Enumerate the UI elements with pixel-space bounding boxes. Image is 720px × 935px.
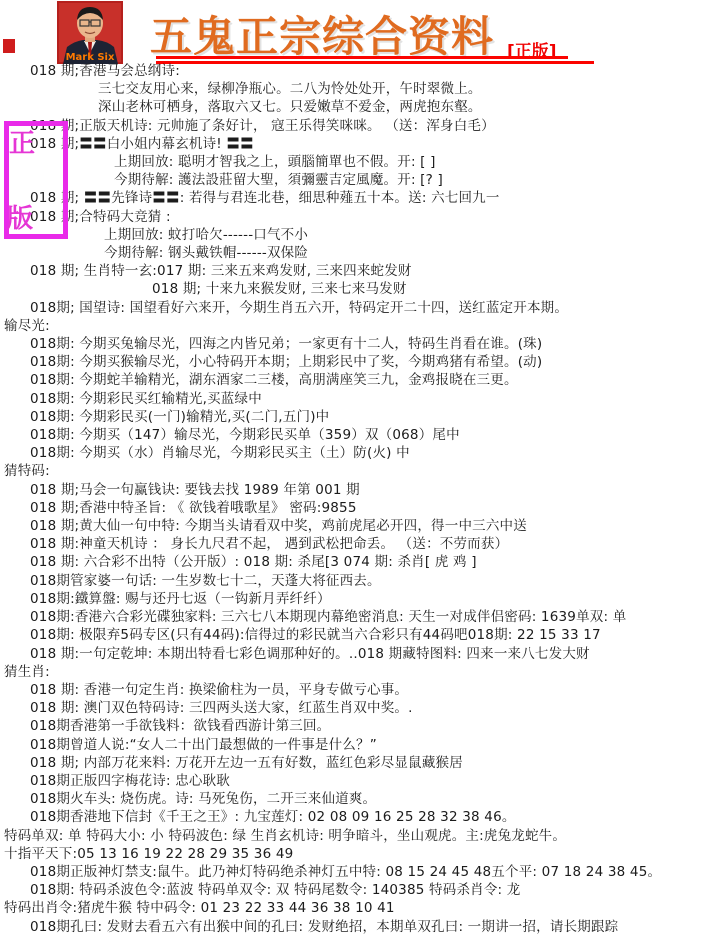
text-line: 018 期;香港中特圣旨: 《 欲钱着哦歌星》 密码:9855 [0, 499, 720, 517]
text-line: 018期管家婆一句话: 一生岁数七十二，天蓬大将征西去。 [0, 572, 720, 590]
text-line: 018 期:神童天机诗 ： 身长九尺君不起， 遇到武松把命丢。 （送：不劳而获） [0, 535, 720, 553]
text-line: 018期: 今期买猴输尽光，小心特码开本期；上期彩民中了奖，今期鸡猪有希望。(动… [0, 353, 720, 371]
tipster-photo-image: Mark Six [57, 1, 123, 64]
text-line: 特码单双: 单 特码大小: 小 特码波色: 绿 生肖玄机诗: 明争暗斗，坐山观虎… [0, 827, 720, 845]
red-corner-mark [3, 39, 15, 53]
text-line: 018 期:一句定乾坤: 本期出特看七彩色调那种好的。..018 期藏特图料: … [0, 645, 720, 663]
text-line: 018期香港第一手欲钱料：欲钱看西游计第三回。 [0, 717, 720, 735]
text-line: 018 期;马会一句赢钱诀: 要钱去找 1989 年第 001 期 [0, 481, 720, 499]
text-line: 018 期: 澳门双色特码诗: 三四两头送大家，红蓝生肖双中奖。. [0, 699, 720, 717]
text-line: 018 期;合特码大竞猜 : [0, 208, 720, 226]
text-line: 018期:香港六合彩光碟独家料: 三六七八本期现内幕绝密消息: 天生一对成伴侣密… [0, 608, 720, 626]
text-line: 018期: 今期买（水）肖输尽光，今期彩民买主（土）防(火) 中 [0, 444, 720, 462]
text-line: 018 期;正版天机诗: 元帅施了条好计， 寇王乐得笑咪咪。 （送：浑身白毛） [0, 117, 720, 135]
text-line: 018期孔曰: 发财去看五六有出猴中间的孔曰: 发财绝招，本期单双孔曰: 一期讲… [0, 918, 720, 935]
text-line: 018 期: 六合彩不出特（公开版）: 018 期: 杀尾[3 074 期: 杀… [0, 553, 720, 571]
title-underline-top [156, 56, 568, 59]
text-line: 018期: 今期彩民买(一门)输精光,买(二门,五门)中 [0, 408, 720, 426]
text-line: 今期待解: 護法設莊留大聖，須彌靈吉定風魔。开: [? ] [0, 171, 720, 189]
text-line: 018 期; 〓〓先锋诗〓〓: 若得与君连北巷，细思种薤五十本。送: 六七回九一 [0, 189, 720, 207]
text-line: 018 期;黄大仙一句中特: 今期当头请看双中奖，鸡前虎尾必开四，得一中三六中送 [0, 517, 720, 535]
text-line: 018期: 特码杀波色令:蓝波 特码单双令: 双 特码尾数令: 140385 特… [0, 881, 720, 899]
text-line: 018 期: 香港一句定生肖: 换梁偷柱为一员，平身专做亏心事。 [0, 681, 720, 699]
text-line: 018期正版四字梅花诗: 忠心耿耿 [0, 772, 720, 790]
text-line: 018 期; 十来九来猴发财, 三来七来马发财 [0, 280, 720, 298]
text-line: 018期正版神灯禁支:鼠牛。此乃神灯特码绝杀神灯五中特: 08 15 24 45… [0, 863, 720, 881]
text-line: 上期回放: 蚊打哈欠------口气不小 [0, 226, 720, 244]
lottery-info-sheet: Mark Six 五鬼正宗综合资料 [正版] 正 版 018 期;香港马会总纲诗… [0, 0, 720, 935]
text-line: 018期; 国望诗: 国望看好六来开，今期生肖五六开，特码定开二十四，送红蓝定开… [0, 299, 720, 317]
text-line: 猜特码: [0, 462, 720, 480]
text-line: 十指平天下:05 13 16 19 22 28 29 35 36 49 [0, 845, 720, 863]
text-line: 018期: 今期彩民买红输精光,买蓝绿中 [0, 390, 720, 408]
text-line: 上期回放: 聪明才智我之上，頭腦簡單也不假。开: [ ] [0, 153, 720, 171]
text-line: 018期曾道人说:“女人二十出门最想做的一件事是什么？” [0, 736, 720, 754]
text-line: 018期: 极限弃5码专区(只有44码):信得过的彩民就当六合彩只有44码吧01… [0, 626, 720, 644]
text-line: 018 期;〓〓白小姐内幕玄机诗! 〓〓 [0, 135, 720, 153]
text-line: 018期火车头: 烧伤虎。诗: 马死兔伤，二开三来仙道爽。 [0, 790, 720, 808]
text-line: 018 期; 生肖特一玄:017 期: 三来五来鸡发财, 三来四来蛇发财 [0, 262, 720, 280]
text-line: 018期: 今期蛇羊输精光，湖东酒家二三楼，高朋满座笑三九，金鸡报晓在三更。 [0, 371, 720, 389]
text-line: 输尽光: [0, 317, 720, 335]
text-line: 今期待解: 钢头戴铁帽------双保险 [0, 244, 720, 262]
text-line: 018期: 今期买（147）输尽光，今期彩民买单（359）双（068）尾中 [0, 426, 720, 444]
content-lines: 018 期;香港马会总纲诗:三七交友用心来，绿柳净瓶心。二八为怜处处开，午时翠微… [0, 62, 720, 935]
text-line: 018 期;香港马会总纲诗: [0, 62, 720, 80]
text-line: 018期香港地下信封《千王之王》: 九宝莲灯: 02 08 09 16 25 2… [0, 808, 720, 826]
text-line: 深山老林可栖身，落取六又七。只爱嫩草不爱金，两虎抱东壑。 [0, 98, 720, 116]
text-line: 018期: 今期买兔输尽光，四海之内皆兄弟；一家更有十二人，特码生肖看在谁。(珠… [0, 335, 720, 353]
text-line: 018期:鐵算盤: 赐与还丹七返（一钩新月弄纤纤） [0, 590, 720, 608]
tipster-photo: Mark Six [57, 1, 123, 64]
text-line: 特码出肖令:猪虎牛猴 特中码令: 01 23 22 33 44 36 38 10… [0, 899, 720, 917]
text-line: 三七交友用心来，绿柳净瓶心。二八为怜处处开，午时翠微上。 [0, 80, 720, 98]
text-line: 猜生肖: [0, 663, 720, 681]
page-title: 五鬼正宗综合资料 [150, 4, 494, 64]
stamp-char-zheng: 正 [9, 131, 35, 157]
text-line: 018 期; 内部万花来料: 万花开左边一五有好数，蓝红色彩尽显鼠藏猴居 [0, 754, 720, 772]
stamp-char-ban: 版 [7, 206, 33, 232]
